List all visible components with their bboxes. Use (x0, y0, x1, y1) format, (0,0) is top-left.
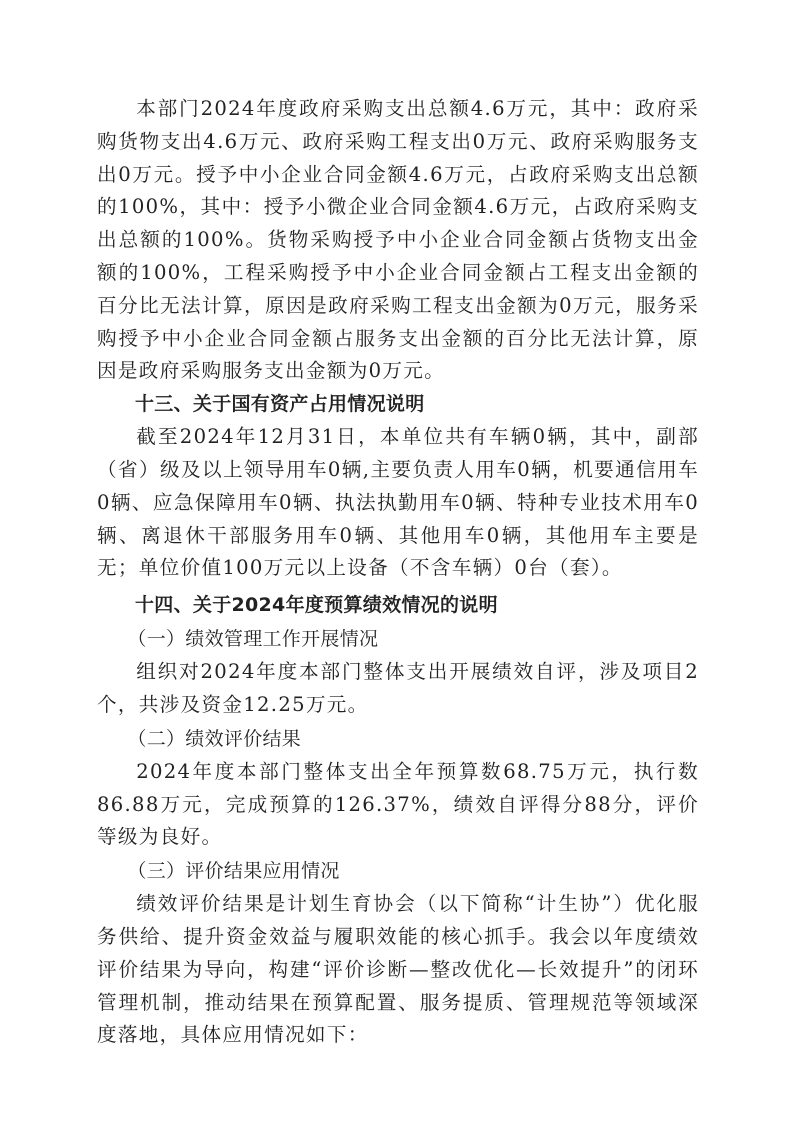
perf-mgmt-paragraph: 组织对2024年度本部门整体支出开展绩效自评，涉及项目2个，共涉及资金12.25… (97, 656, 699, 722)
section-14-heading: 十四、关于2024年度预算绩效情况的说明 (97, 589, 699, 622)
subsection-2-heading: （二）绩效评价结果 (97, 722, 699, 756)
document-page: 本部门2024年度政府采购支出总额4.6万元，其中：政府采购货物支出4.6万元、… (97, 93, 699, 1052)
perf-result-paragraph: 2024年度本部门整体支出全年预算数68.75万元，执行数86.88万元，完成预… (97, 756, 699, 854)
perf-apply-paragraph: 绩效评价结果是计划生育协会（以下简称“计生协”）优化服务供给、提升资金效益与履职… (97, 888, 699, 1052)
subsection-1-heading: （一）绩效管理工作开展情况 (97, 622, 699, 656)
section-13-heading: 十三、关于国有资产占用情况说明 (97, 388, 699, 421)
assets-paragraph: 截至2024年12月31日，本单位共有车辆0辆，其中，副部（省）级及以上领导用车… (97, 421, 699, 585)
subsection-3-heading: （三）评价结果应用情况 (97, 854, 699, 888)
procurement-paragraph: 本部门2024年度政府采购支出总额4.6万元，其中：政府采购货物支出4.6万元、… (97, 93, 699, 388)
